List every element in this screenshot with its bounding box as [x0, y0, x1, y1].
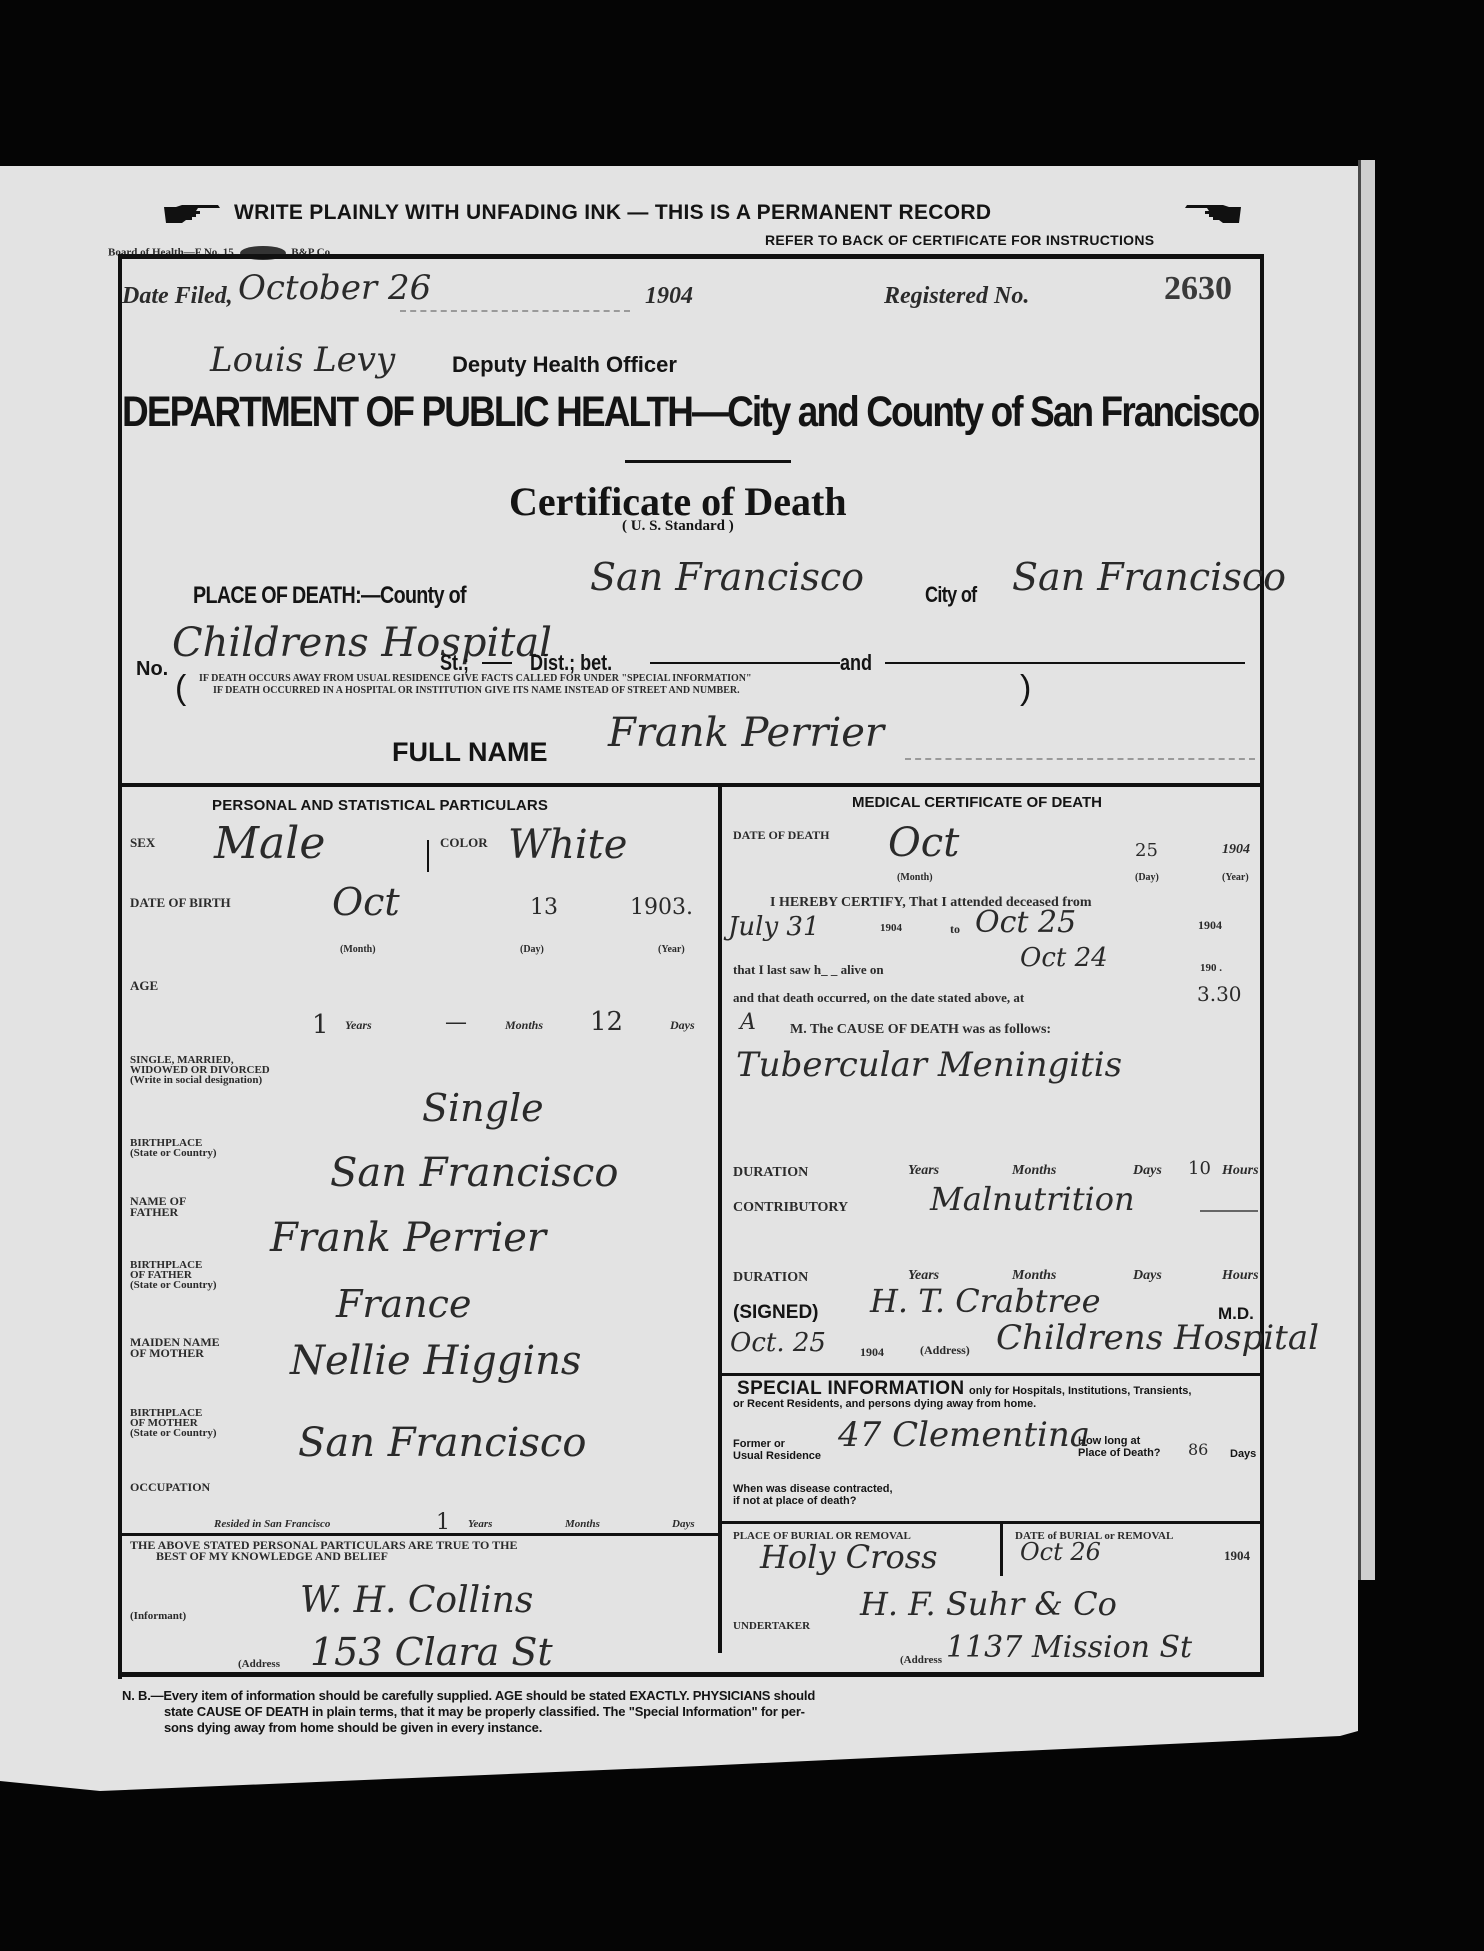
burial-place-value: Holy Cross — [760, 1538, 938, 1576]
signed-label: (SIGNED) — [733, 1302, 819, 1324]
burial-date-year: 1904 — [1224, 1548, 1250, 1564]
dod-year-caption: (Year) — [1222, 872, 1249, 883]
resided-days-caption: Days — [672, 1518, 695, 1530]
physician-address-value: Childrens Hospital — [996, 1318, 1319, 1358]
burial-divider — [1000, 1521, 1003, 1576]
officer-signature: Louis Levy — [210, 340, 395, 380]
date-filed-label: Date Filed, — [122, 283, 233, 310]
street-number-value: Childrens Hospital — [172, 620, 552, 666]
officer-title: Deputy Health Officer — [452, 352, 677, 378]
dob-month: Oct — [332, 880, 400, 924]
former-residence-label: Former or Usual Residence — [733, 1438, 821, 1462]
dob-day: 13 — [530, 895, 558, 920]
undertaker-address-value: 1137 Mission St — [946, 1630, 1192, 1665]
footer-note: N. B.—Every item of information should b… — [122, 1688, 815, 1736]
dob-year-caption: (Year) — [658, 944, 685, 955]
color-label: COLOR — [440, 835, 488, 851]
age-years: 1 — [312, 1010, 329, 1040]
duration-years-caption: Years — [908, 1163, 939, 1179]
contributory-value: Malnutrition — [930, 1180, 1135, 1218]
pointing-hand-icon — [162, 203, 222, 223]
death-time-value: 3.30 — [1197, 982, 1242, 1006]
marital-label: SINGLE, MARRIED, WIDOWED OR DIVORCED (Wr… — [130, 1055, 270, 1085]
instructions-note: REFER TO BACK OF CERTIFICATE FOR INSTRUC… — [765, 232, 1154, 248]
informant-label: (Informant) — [130, 1610, 186, 1622]
close-paren: ) — [1020, 669, 1031, 708]
special-heading: SPECIAL INFORMATION — [737, 1378, 965, 1399]
dob-day-caption: (Day) — [520, 944, 544, 955]
how-long-unit: Days — [1230, 1448, 1256, 1460]
date-filed-year: 1904 — [645, 283, 693, 310]
city-value: San Francisco — [1012, 555, 1286, 599]
informant-address-label: (Address — [238, 1658, 280, 1670]
special-heading-note-2: or Recent Residents, and persons dying a… — [733, 1398, 1036, 1410]
dob-month-caption: (Month) — [340, 944, 376, 955]
place-of-death-label: PLACE OF DEATH:—County of — [193, 582, 466, 610]
how-long-value: 86 — [1188, 1440, 1208, 1459]
age-months: — — [445, 1010, 467, 1035]
contracted-label: When was disease contracted, if not at p… — [733, 1483, 893, 1507]
duration-months-caption: Months — [1012, 1163, 1056, 1179]
special-heading-note: only for Hospitals, Institutions, Transi… — [969, 1385, 1191, 1397]
title-rule — [625, 460, 791, 463]
age-days: 12 — [590, 1007, 623, 1037]
bottom-rule — [118, 1672, 1264, 1677]
last-saw-year: 190 . — [1200, 962, 1222, 974]
father-name-value: Frank Perrier — [270, 1215, 546, 1261]
special-rule — [720, 1373, 1264, 1376]
medical-heading: MEDICAL CERTIFICATE OF DEATH — [852, 794, 1102, 811]
sex-label: SEX — [130, 835, 155, 851]
district-line — [650, 662, 840, 664]
father-name-label: NAME OF FATHER — [130, 1196, 186, 1218]
last-saw-text: that I last saw h_ _ alive on — [733, 962, 884, 978]
death-time-text: and that death occurred, on the date sta… — [733, 990, 1024, 1006]
physician-address-label: (Address) — [920, 1343, 970, 1358]
dod-month: Oct — [888, 820, 959, 866]
registered-number: 2630 — [1164, 270, 1232, 308]
place-note-line-1: IF DEATH OCCURS AWAY FROM USUAL RESIDENC… — [199, 673, 752, 684]
age-months-caption: Months — [505, 1018, 543, 1033]
contributory-label: CONTRIBUTORY — [733, 1200, 848, 1216]
color-value: White — [508, 822, 627, 868]
resided-label: Resided in San Francisco — [214, 1518, 330, 1530]
city-label: City of — [925, 582, 977, 608]
informant-name: W. H. Collins — [300, 1580, 533, 1621]
color-divider — [427, 840, 429, 872]
mother-name-value: Nellie Higgins — [290, 1338, 581, 1384]
former-residence-value: 47 Clementina — [838, 1415, 1090, 1455]
sex-value: Male — [214, 818, 325, 869]
personal-heading: PERSONAL AND STATISTICAL PARTICULARS — [212, 797, 548, 814]
undertaker-label: UNDERTAKER — [733, 1620, 810, 1632]
resided-months-caption: Months — [565, 1518, 600, 1530]
paper-edge — [1358, 160, 1375, 1580]
dod-day: 25 — [1135, 840, 1158, 861]
birthplace-label: BIRTHPLACE (State or Country) — [130, 1138, 217, 1158]
street-number-label: No. — [136, 658, 168, 681]
county-value: San Francisco — [590, 555, 864, 599]
contributory-line — [1200, 1210, 1258, 1212]
dod-year: 1904 — [1222, 842, 1250, 858]
top-rule — [118, 254, 1262, 259]
meridiem-value: A — [740, 1010, 756, 1035]
resided-years: 1 — [436, 1510, 450, 1535]
duration2-days-caption: Days — [1133, 1268, 1162, 1284]
informant-rule — [120, 1533, 720, 1536]
mother-name-label: MAIDEN NAME OF MOTHER — [130, 1337, 220, 1359]
attended-to-year: 1904 — [1198, 918, 1222, 933]
informant-statement: THE ABOVE STATED PERSONAL PARTICULARS AR… — [130, 1540, 517, 1562]
full-name-line — [905, 758, 1255, 760]
duration-days-value: 10 — [1188, 1158, 1211, 1179]
attended-from: July 31 — [728, 912, 820, 942]
marital-value: Single — [422, 1086, 544, 1130]
date-filed-value: October 26 — [238, 268, 431, 308]
signed-date: Oct. 25 — [730, 1328, 826, 1358]
left-border — [118, 254, 122, 1679]
duration2-label: DURATION — [733, 1270, 808, 1286]
how-long-label: How long at Place of Death? — [1078, 1435, 1161, 1459]
attended-to: Oct 25 — [975, 905, 1076, 940]
to-label: to — [950, 922, 960, 937]
dod-label: DATE OF DEATH — [733, 828, 829, 843]
burial-rule — [720, 1521, 1264, 1524]
mother-birthplace-label: BIRTHPLACE OF MOTHER (State or Country) — [130, 1408, 217, 1438]
duration-hours-caption: Hours — [1222, 1163, 1259, 1179]
full-name-label: FULL NAME — [392, 737, 548, 768]
age-days-caption: Days — [670, 1018, 695, 1033]
certificate-subtitle: ( U. S. Standard ) — [622, 518, 734, 535]
dod-month-caption: (Month) — [897, 872, 933, 883]
and-label: and — [840, 650, 872, 676]
father-birthplace-label: BIRTHPLACE OF FATHER (State or Country) — [130, 1260, 217, 1290]
duration-days-caption: Days — [1133, 1163, 1162, 1179]
department-title: DEPARTMENT OF PUBLIC HEALTH—City and Cou… — [122, 388, 1258, 437]
pointing-hand-icon-right — [1183, 203, 1243, 223]
last-saw-value: Oct 24 — [1020, 943, 1108, 973]
duration-label: DURATION — [733, 1165, 808, 1181]
mid-rule — [118, 783, 1264, 787]
and-line — [885, 662, 1245, 664]
warning-banner: WRITE PLAINLY WITH UNFADING INK — THIS I… — [234, 201, 991, 225]
open-paren: ( — [175, 669, 186, 708]
registered-label: Registered No. — [884, 283, 1029, 310]
undertaker-address-label: (Address — [900, 1654, 942, 1666]
right-border — [1260, 254, 1264, 1674]
date-filed-line — [400, 310, 630, 312]
age-label: AGE — [130, 978, 158, 994]
duration2-hours-caption: Hours — [1222, 1268, 1259, 1284]
special-heading-block: SPECIAL INFORMATION only for Hospitals, … — [737, 1378, 1191, 1400]
resided-years-caption: Years — [468, 1518, 492, 1530]
physician-signature: H. T. Crabtree — [870, 1282, 1101, 1320]
attended-from-year: 1904 — [880, 922, 902, 934]
occupation-label: OCCUPATION — [130, 1480, 210, 1495]
father-birthplace-value: France — [336, 1282, 471, 1326]
birthplace-value: San Francisco — [330, 1150, 618, 1196]
street-line — [482, 662, 512, 664]
burial-date-value: Oct 26 — [1020, 1538, 1101, 1566]
age-years-caption: Years — [345, 1018, 372, 1033]
dob-label: DATE OF BIRTH — [130, 895, 231, 911]
informant-address-value: 153 Clara St — [310, 1630, 553, 1674]
dob-year: 1903. — [630, 895, 693, 920]
dod-day-caption: (Day) — [1135, 872, 1159, 883]
undertaker-value: H. F. Suhr & Co — [860, 1585, 1117, 1623]
cause-value: Tubercular Meningitis — [736, 1045, 1122, 1085]
signed-year: 1904 — [860, 1345, 884, 1360]
full-name-value: Frank Perrier — [608, 710, 884, 756]
cause-text: M. The CAUSE OF DEATH was as follows: — [790, 1022, 1051, 1038]
place-note-line-2: IF DEATH OCCURRED IN A HOSPITAL OR INSTI… — [213, 685, 740, 696]
mother-birthplace-value: San Francisco — [298, 1420, 586, 1466]
